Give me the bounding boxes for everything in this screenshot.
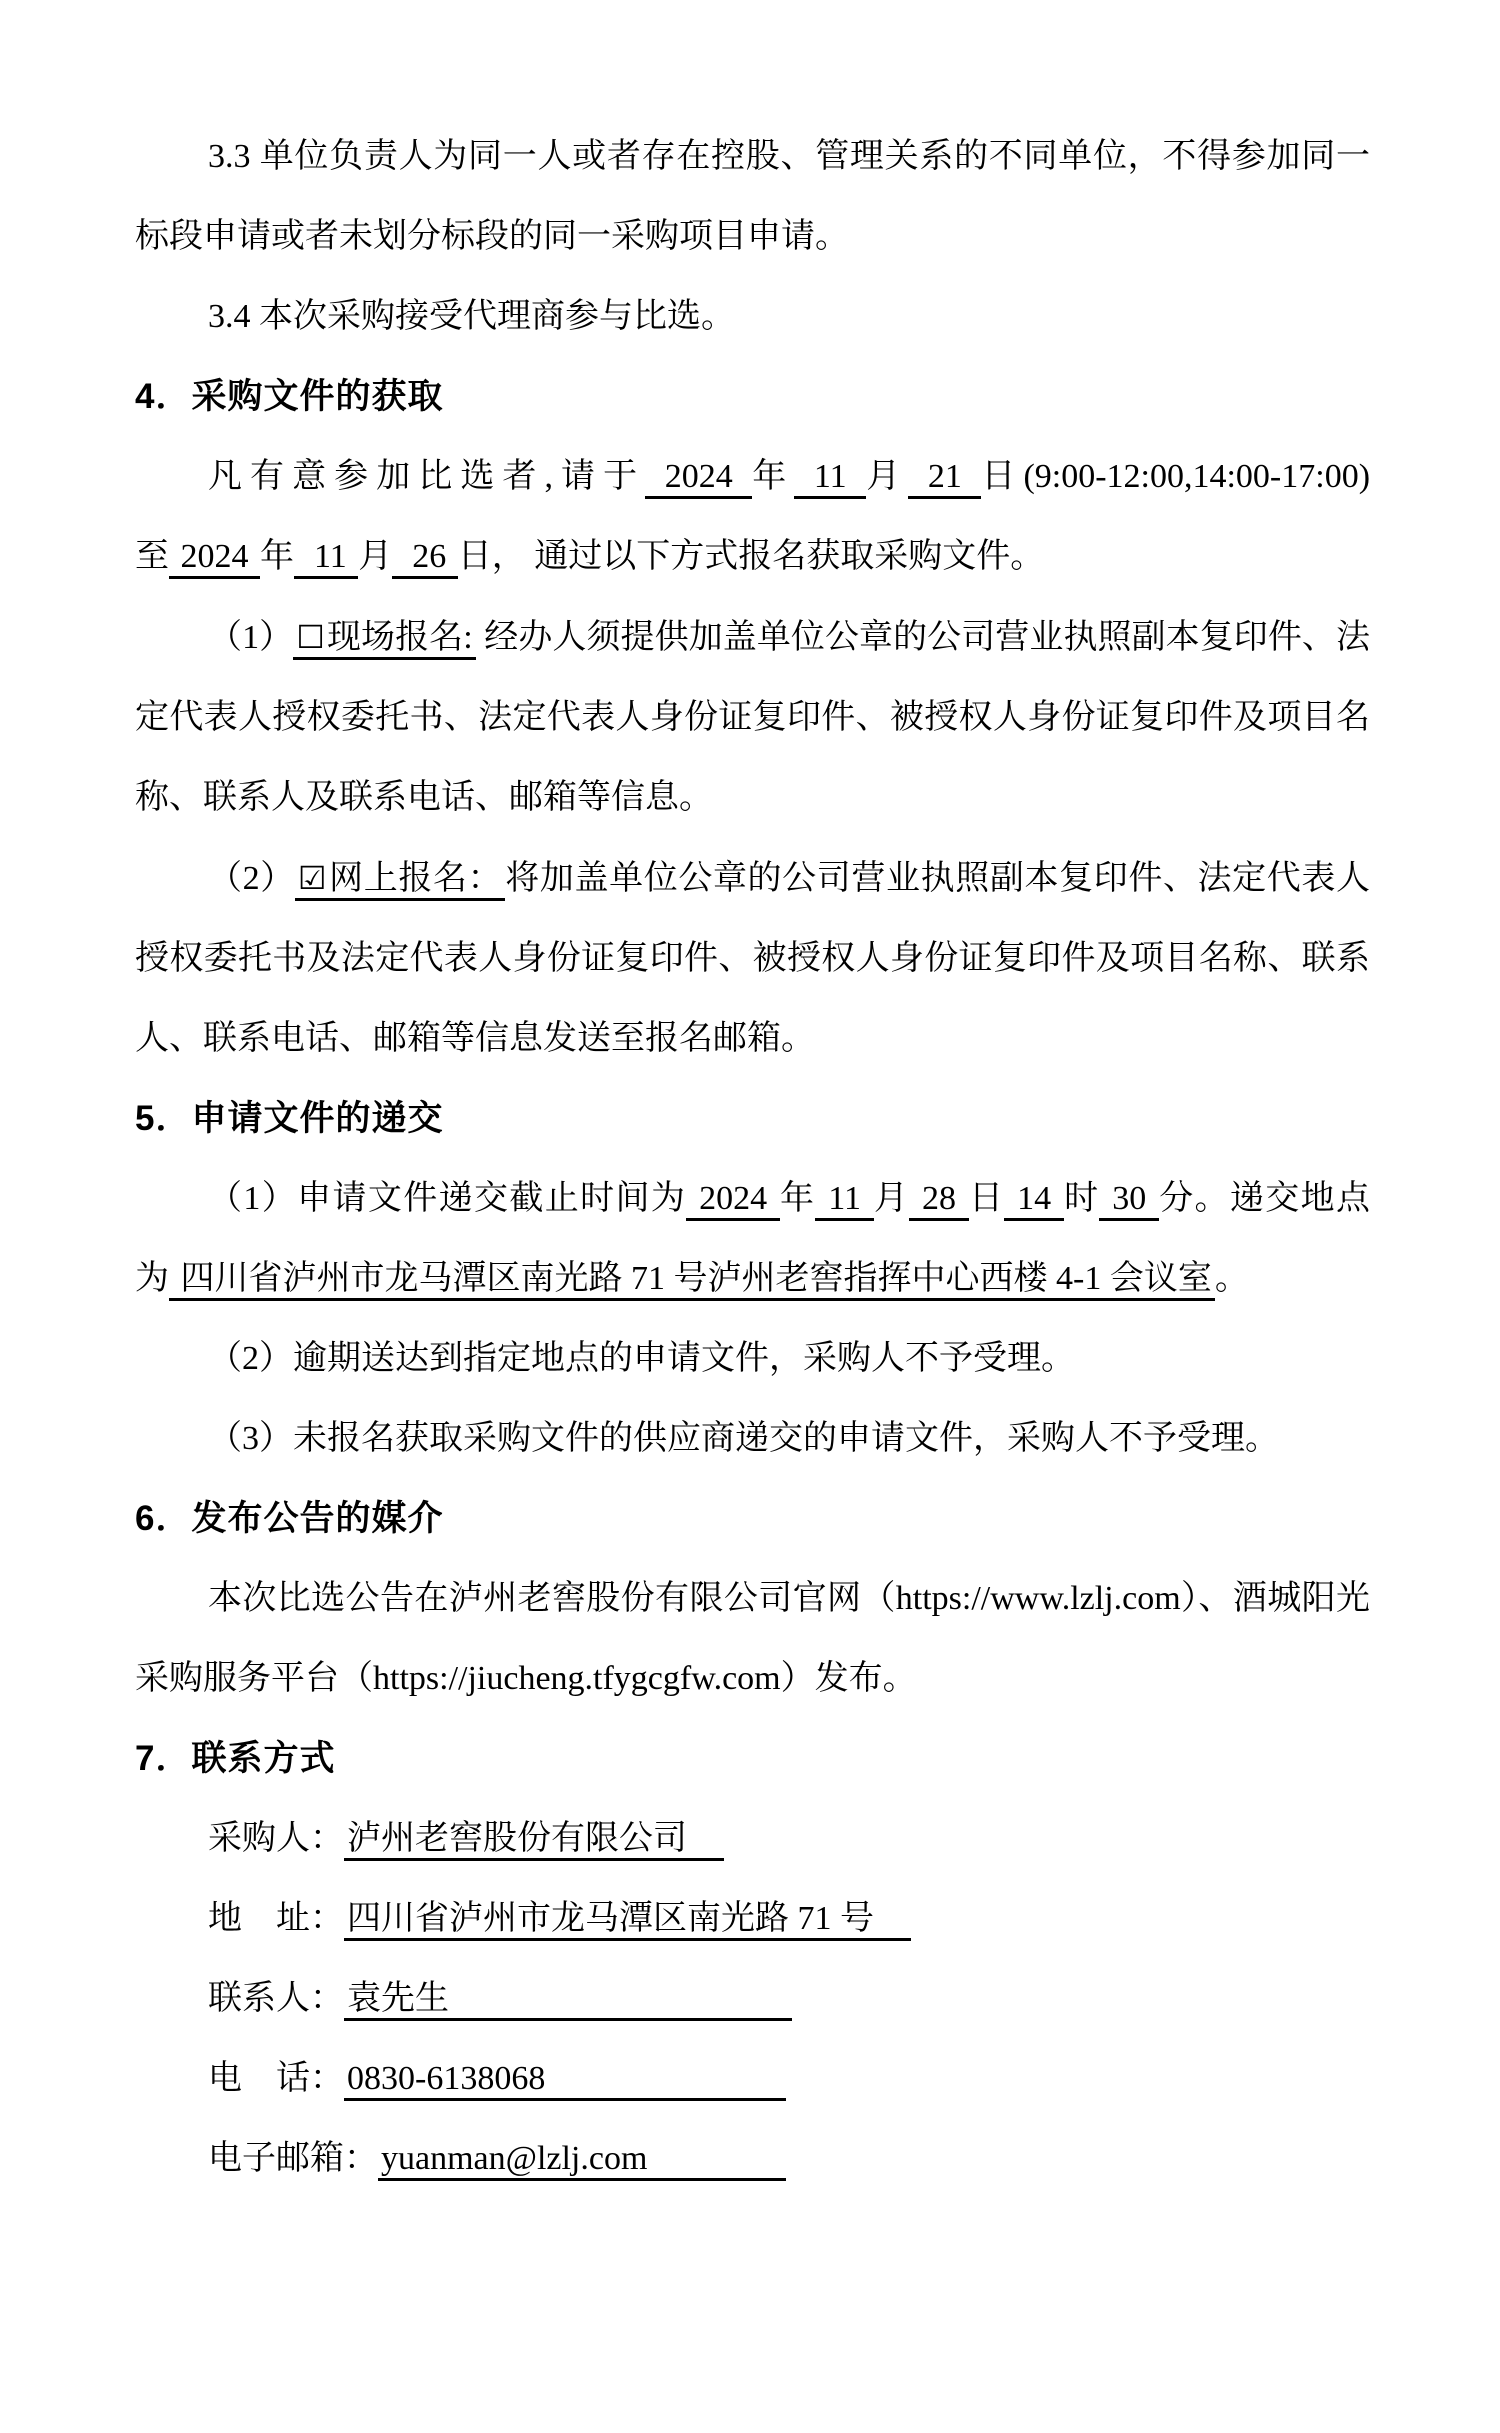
fill-in-blank: 11 [294, 538, 358, 579]
fill-in-blank: 2024 [169, 538, 260, 579]
fill-in-blank: 21 [908, 458, 981, 499]
registration-period: 凡有意参加比选者,请于 2024 年 11 月 21 日(9:00-12:00,… [135, 437, 1370, 597]
contact-email-value: yuanman@lzlj.com [378, 2140, 786, 2181]
unregistered-submission: （3）未报名获取采购文件的供应商递交的申请文件，采购人不予受理。 [135, 1399, 1370, 1479]
submission-deadline: （1）申请文件递交截止时间为 2024 年 11 月 28 日 14 时 30 … [135, 1159, 1370, 1319]
fill-in-blank: 2024 [645, 458, 752, 499]
registration-option-label: 网上报名： [329, 860, 503, 897]
document-body: 3.3 单位负责人为同一人或者存在控股、管理关系的不同单位，不得参加同一标段申请… [135, 117, 1370, 2199]
fill-in-blank: 28 [909, 1180, 969, 1221]
contact-address-label: 地 址： [208, 1900, 344, 1937]
contact-email: 电子邮箱：yuanman@lzlj.com [135, 2119, 1370, 2199]
registration-option-blank: ☐现场报名: [293, 619, 475, 660]
fill-in-blank: 11 [794, 458, 866, 499]
contact-person-value: 袁先生 [344, 1980, 792, 2021]
contact-purchaser-label: 采购人： [208, 1820, 344, 1857]
clause-3-4: 3.4 本次采购接受代理商参与比选。 [135, 277, 1370, 357]
fill-in-blank: 2024 [686, 1180, 780, 1221]
contact-phone: 电 话：0830-6138068 [135, 2039, 1370, 2119]
contact-email-label: 电子邮箱： [208, 2140, 378, 2177]
document-page: 3.3 单位负责人为同一人或者存在控股、管理关系的不同单位，不得参加同一标段申请… [0, 0, 1500, 2433]
clause-3-3: 3.3 单位负责人为同一人或者存在控股、管理关系的不同单位，不得参加同一标段申请… [135, 117, 1370, 277]
contact-address: 地 址：四川省泸州市龙马潭区南光路 71 号 [135, 1879, 1370, 1959]
section-5-heading: 5．申请文件的递交 [135, 1079, 1370, 1159]
fill-in-blank: 14 [1004, 1180, 1064, 1221]
fill-in-blank: 26 [392, 538, 458, 579]
contact-phone-label: 电 话： [208, 2060, 344, 2097]
checkbox-unchecked-icon: ☐ [296, 618, 325, 656]
announcement-media: 本次比选公告在泸州老窖股份有限公司官网（https://www.lzlj.com… [135, 1559, 1370, 1719]
contact-purchaser-value: 泸州老窖股份有限公司 [344, 1820, 724, 1861]
section-7-heading: 7．联系方式 [135, 1719, 1370, 1799]
fill-in-blank: 四川省泸州市龙马潭区南光路 71 号泸州老窖指挥中心西楼 4-1 会议室 [169, 1260, 1215, 1301]
section-6-heading: 6．发布公告的媒介 [135, 1479, 1370, 1559]
contact-purchaser: 采购人：泸州老窖股份有限公司 [135, 1799, 1370, 1879]
section-4-heading: 4．采购文件的获取 [135, 357, 1370, 437]
contact-person: 联系人：袁先生 [135, 1959, 1370, 2039]
registration-option-blank: ☑网上报名： [295, 860, 505, 901]
fill-in-blank: 11 [815, 1180, 873, 1221]
fill-in-blank: 30 [1099, 1180, 1159, 1221]
contact-address-value: 四川省泸州市龙马潭区南光路 71 号 [344, 1900, 911, 1941]
contact-phone-value: 0830-6138068 [344, 2060, 786, 2101]
registration-option-label: 现场报名: [327, 619, 473, 656]
late-submission: （2）逾期送达到指定地点的申请文件，采购人不予受理。 [135, 1319, 1370, 1399]
onsite-registration: （1）☐现场报名: 经办人须提供加盖单位公章的公司营业执照副本复印件、法定代表人… [135, 597, 1370, 838]
online-registration: （2）☑网上报名：将加盖单位公章的公司营业执照副本复印件、法定代表人授权委托书及… [135, 838, 1370, 1079]
contact-person-label: 联系人： [208, 1980, 344, 2017]
checkbox-checked-icon: ☑ [298, 859, 327, 897]
